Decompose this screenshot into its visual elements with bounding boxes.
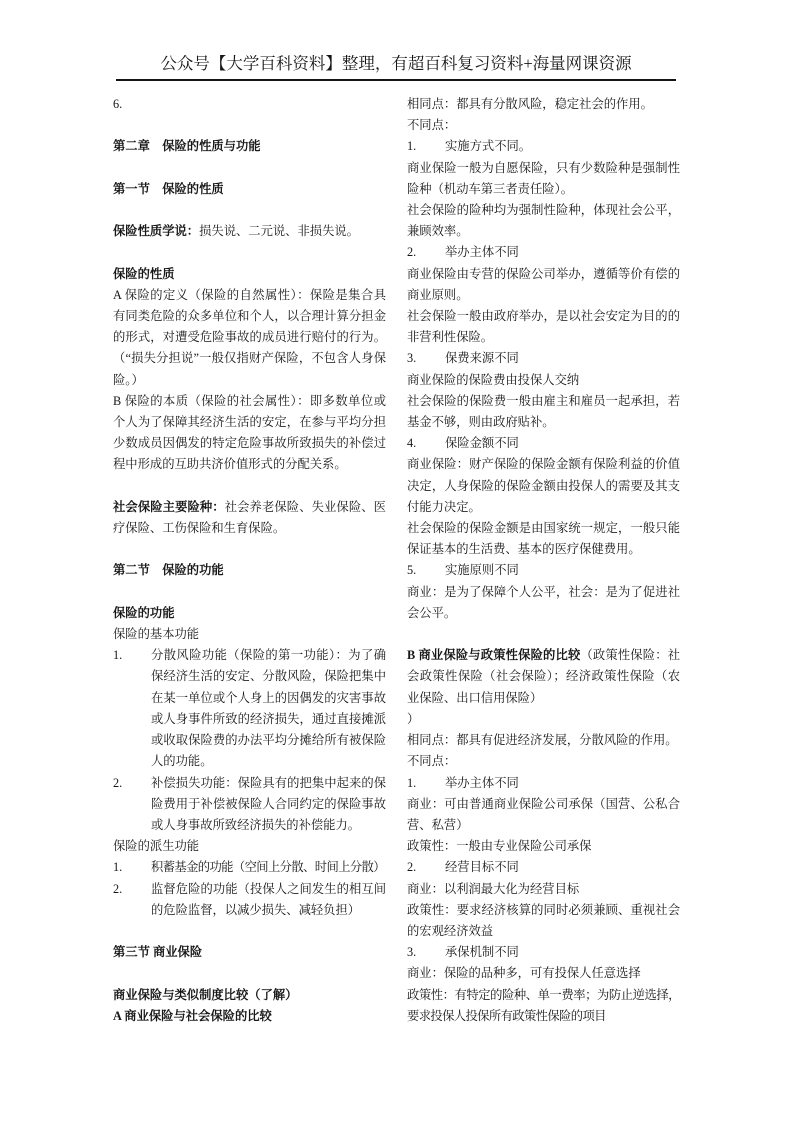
paragraph: A 保险的定义（保险的自然属性）：保险是集合具有同类危险的众多单位和个人，以合理… xyxy=(113,285,386,391)
text-run: 商业：以利润最大化为经营目标 xyxy=(407,882,579,896)
text-run: 不同点： xyxy=(407,754,456,768)
numbered-list-item: 2.监督危险的功能（投保人之间发生的相互间的危险监督，以减少损失、减轻负担） xyxy=(113,879,386,921)
paragraph: B 保险的本质（保险的社会属性）：即多数单位或个人为了保障其经济生活的安定，在参… xyxy=(113,391,386,476)
text-run: 政策性：有特定的险种、单一费率；为防止逆选择，要求投保人投保所有政策性保险的项目 xyxy=(407,988,680,1023)
numbered-list-item: 2.举办主体不同 xyxy=(407,242,680,263)
list-number: 2. xyxy=(407,242,445,263)
blank-line xyxy=(407,624,680,645)
text-run: A 保险的定义（保险的自然属性）：保险是集合具有同类危险的众多单位和个人，以合理… xyxy=(113,288,386,387)
text-run: 社会保险一般由政府举办，是以社会安定为目的的非营利性保险。 xyxy=(407,309,680,344)
list-item-text: 补偿损失功能：保险具有的把集中起来的保险费用于补偿被保险人合同约定的保险事故或人… xyxy=(151,773,386,837)
text-run: B 保险的本质（保险的社会属性）：即多数单位或个人为了保障其经济生活的安定，在参… xyxy=(113,394,386,472)
paragraph: 相同点：都具有促进经济发展，分散风险的作用。 xyxy=(407,730,680,751)
paragraph: 不同点： xyxy=(407,751,680,772)
text-run: 社会保险的保险费一般由雇主和雇员一起承担，若基金不够，则由政府贴补。 xyxy=(407,394,680,429)
text-run: 实施方式不同。 xyxy=(445,139,531,153)
text-column-left: 6. 第二章 保险的性质与功能 第一节 保险的性质 保险性质学说：损失说、二元说… xyxy=(113,94,386,1027)
text-run: 商业保险一般为自愿保险，只有少数险种是强制性险种（机动车第三者责任险）。 xyxy=(407,161,680,196)
list-number: 2. xyxy=(113,773,151,837)
numbered-list-item: 1.实施方式不同。 xyxy=(407,136,680,157)
text-run: 实施原则不同 xyxy=(445,563,519,577)
text-run: 商业保险：财产保险的保险金额有保险利益的价值决定，人身保险的保险金额由投保人的需… xyxy=(407,457,680,513)
list-number: 4. xyxy=(407,433,445,454)
list-number: 5. xyxy=(407,560,445,581)
list-item-text: 承保机制不同 xyxy=(445,942,680,963)
paragraph: 社会保险主要险种：社会养老保险、失业保险、医疗保险、工伤保险和生育保险。 xyxy=(113,497,386,539)
blank-line xyxy=(113,476,386,497)
numbered-list-item: 3.承保机制不同 xyxy=(407,942,680,963)
text-run: 相同点：都具有促进经济发展，分散风险的作用。 xyxy=(407,733,678,747)
bold-text-run: B 商业保险与政策性保险的比较 xyxy=(407,648,580,662)
paragraph: 政策性：一般由专业保险公司承保 xyxy=(407,836,680,857)
blank-line xyxy=(113,158,386,179)
list-number: 2. xyxy=(407,857,445,878)
bold-text-run: 第三节 商业保险 xyxy=(113,945,202,959)
blank-line xyxy=(113,963,386,984)
text-column-right: 相同点：都具有分散风险，稳定社会的作用。不同点：1.实施方式不同。商业保险一般为… xyxy=(407,94,680,1027)
text-run: 社会保险的保险金额是由国家统一规定，一般只能保证基本的生活费、基本的医疗保健费用… xyxy=(407,521,680,556)
text-run: 相同点：都具有分散风险，稳定社会的作用。 xyxy=(407,97,653,111)
text-run: 社会保险的险种均为强制性险种，体现社会公平，兼顾效率。 xyxy=(407,203,680,238)
text-run: 分散风险功能（保险的第一功能）：为了确保经济生活的安定、分散风险，保险把集中在某… xyxy=(151,648,386,768)
paragraph: 政策性：有特定的险种、单一费率；为防止逆选择，要求投保人投保所有政策性保险的项目 xyxy=(407,985,680,1027)
paragraph: 不同点： xyxy=(407,115,680,136)
blank-line xyxy=(113,115,386,136)
page-header-text: 公众号【大学百科资料】整理，有超百科复习资料+海量网课资源 xyxy=(116,52,676,81)
paragraph: 保险的基本功能 xyxy=(113,624,386,645)
bold-text-run: 社会保险主要险种： xyxy=(113,500,225,514)
text-run: 商业：保险的品种多，可有投保人任意选择 xyxy=(407,966,641,980)
paragraph: ） xyxy=(407,709,680,730)
paragraph: 保险的派生功能 xyxy=(113,836,386,857)
document-page: 公众号【大学百科资料】整理，有超百科复习资料+海量网课资源 6. 第二章 保险的… xyxy=(0,0,793,1122)
bold-text-run: 保险性质学说： xyxy=(113,224,199,238)
list-number: 3. xyxy=(407,348,445,369)
paragraph: 商业：以利润最大化为经营目标 xyxy=(407,879,680,900)
bold-text-run: 第一节 保险的性质 xyxy=(113,182,224,196)
section-heading: A 商业保险与社会保险的比较 xyxy=(113,1006,386,1027)
text-run: 承保机制不同 xyxy=(445,945,519,959)
numbered-list-item: 5.实施原则不同 xyxy=(407,560,680,581)
section-heading: 第三节 商业保险 xyxy=(113,942,386,963)
list-number: 1. xyxy=(407,136,445,157)
list-item-text: 实施原则不同 xyxy=(445,560,680,581)
blank-line xyxy=(113,200,386,221)
text-run: ） xyxy=(407,712,419,726)
section-heading: 第二章 保险的性质与功能 xyxy=(113,136,386,157)
list-item-text: 举办主体不同 xyxy=(445,773,680,794)
bold-text-run: 第二节 保险的功能 xyxy=(113,563,224,577)
paragraph: 商业：是为了保障个人公平，社会：是为了促进社会公平。 xyxy=(407,582,680,624)
section-heading: 保险的性质 xyxy=(113,264,386,285)
bold-text-run: A 商业保险与社会保险的比较 xyxy=(113,1009,272,1023)
text-run: 商业：可由普通商业保险公司承保（国营、公私合营、私营） xyxy=(407,797,680,832)
text-run: 保险金额不同 xyxy=(445,436,519,450)
paragraph: B 商业保险与政策性保险的比较（政策性保险：社会政策性保险（社会保险）；经济政策… xyxy=(407,645,680,709)
list-number: 1. xyxy=(407,773,445,794)
paragraph: 社会保险的保险金额是由国家统一规定，一般只能保证基本的生活费、基本的医疗保健费用… xyxy=(407,518,680,560)
bold-text-run: 保险的性质 xyxy=(113,267,175,281)
list-item-text: 举办主体不同 xyxy=(445,242,680,263)
blank-line xyxy=(113,582,386,603)
list-item-text: 保险金额不同 xyxy=(445,433,680,454)
numbered-list-item: 2.补偿损失功能：保险具有的把集中起来的保险费用于补偿被保险人合同约定的保险事故… xyxy=(113,773,386,837)
paragraph: 商业保险的保险费由投保人交纳 xyxy=(407,370,680,391)
list-number: 3. xyxy=(407,942,445,963)
text-run: 举办主体不同 xyxy=(445,776,519,790)
numbered-list-item: 4.保险金额不同 xyxy=(407,433,680,454)
text-run: 经营目标不同 xyxy=(445,860,519,874)
numbered-list-item: 1.举办主体不同 xyxy=(407,773,680,794)
paragraph: 社会保险一般由政府举办，是以社会安定为目的的非营利性保险。 xyxy=(407,306,680,348)
section-heading: 第二节 保险的功能 xyxy=(113,560,386,581)
list-item-text: 积蓄基金的功能（空间上分散、时间上分散） xyxy=(151,857,386,878)
paragraph: 社会保险的保险费一般由雇主和雇员一起承担，若基金不够，则由政府贴补。 xyxy=(407,391,680,433)
paragraph: 政策性：要求经济核算的同时必须兼顾、重视社会的宏观经济效益 xyxy=(407,900,680,942)
text-run: 商业保险的保险费由投保人交纳 xyxy=(407,373,579,387)
list-item-text: 实施方式不同。 xyxy=(445,136,680,157)
paragraph: 相同点：都具有分散风险，稳定社会的作用。 xyxy=(407,94,680,115)
bold-text-run: 保险的功能 xyxy=(113,606,175,620)
text-run: 商业：是为了保障个人公平，社会：是为了促进社会公平。 xyxy=(407,585,680,620)
list-item-text: 保费来源不同 xyxy=(445,348,680,369)
blank-line xyxy=(113,921,386,942)
text-run: 政策性：一般由专业保险公司承保 xyxy=(407,839,591,853)
text-run: 政策性：要求经济核算的同时必须兼顾、重视社会的宏观经济效益 xyxy=(407,903,680,938)
numbered-list-item: 1.积蓄基金的功能（空间上分散、时间上分散） xyxy=(113,857,386,878)
numbered-list-item: 2.经营目标不同 xyxy=(407,857,680,878)
two-column-text-area: 6. 第二章 保险的性质与功能 第一节 保险的性质 保险性质学说：损失说、二元说… xyxy=(113,94,680,1027)
text-run: 补偿损失功能：保险具有的把集中起来的保险费用于补偿被保险人合同约定的保险事故或人… xyxy=(151,776,386,832)
list-number: 1. xyxy=(113,645,151,772)
section-heading: 商业保险与类似制度比较（了解） xyxy=(113,985,386,1006)
list-item-text: 监督危险的功能（投保人之间发生的相互间的危险监督，以减少损失、减轻负担） xyxy=(151,879,386,921)
list-number: 2. xyxy=(113,879,151,921)
text-run: 损失说、二元说、非损失说。 xyxy=(199,224,359,238)
section-heading: 第一节 保险的性质 xyxy=(113,179,386,200)
text-run: 保险的派生功能 xyxy=(113,839,199,853)
text-run: 保费来源不同 xyxy=(445,351,519,365)
text-run: 积蓄基金的功能（空间上分散、时间上分散） xyxy=(151,860,385,874)
numbered-list-item: 3.保费来源不同 xyxy=(407,348,680,369)
list-item-text: 分散风险功能（保险的第一功能）：为了确保经济生活的安定、分散风险，保险把集中在某… xyxy=(151,645,386,772)
numbered-list-item: 1.分散风险功能（保险的第一功能）：为了确保经济生活的安定、分散风险，保险把集中… xyxy=(113,645,386,772)
text-run: 举办主体不同 xyxy=(445,245,519,259)
list-item-text: 经营目标不同 xyxy=(445,857,680,878)
paragraph: 商业：保险的品种多，可有投保人任意选择 xyxy=(407,963,680,984)
paragraph: 6. xyxy=(113,94,386,115)
paragraph: 社会保险的险种均为强制性险种，体现社会公平，兼顾效率。 xyxy=(407,200,680,242)
blank-line xyxy=(113,539,386,560)
bold-text-run: 第二章 保险的性质与功能 xyxy=(113,139,261,153)
text-run: 保险的基本功能 xyxy=(113,627,199,641)
paragraph: 商业：可由普通商业保险公司承保（国营、公私合营、私营） xyxy=(407,794,680,836)
section-heading: 保险的功能 xyxy=(113,603,386,624)
text-run: 商业保险由专营的保险公司举办，遵循等价有偿的商业原则。 xyxy=(407,267,680,302)
paragraph: 保险性质学说：损失说、二元说、非损失说。 xyxy=(113,221,386,242)
paragraph: 商业保险：财产保险的保险金额有保险利益的价值决定，人身保险的保险金额由投保人的需… xyxy=(407,454,680,518)
paragraph: 商业保险由专营的保险公司举办，遵循等价有偿的商业原则。 xyxy=(407,264,680,306)
bold-text-run: 商业保险与类似制度比较（了解） xyxy=(113,988,297,1002)
list-number: 1. xyxy=(113,857,151,878)
paragraph: 商业保险一般为自愿保险，只有少数险种是强制性险种（机动车第三者责任险）。 xyxy=(407,158,680,200)
blank-line xyxy=(113,242,386,263)
text-run: 不同点： xyxy=(407,118,456,132)
text-run: 监督危险的功能（投保人之间发生的相互间的危险监督，以减少损失、减轻负担） xyxy=(151,882,386,917)
text-run: 6. xyxy=(113,97,122,111)
